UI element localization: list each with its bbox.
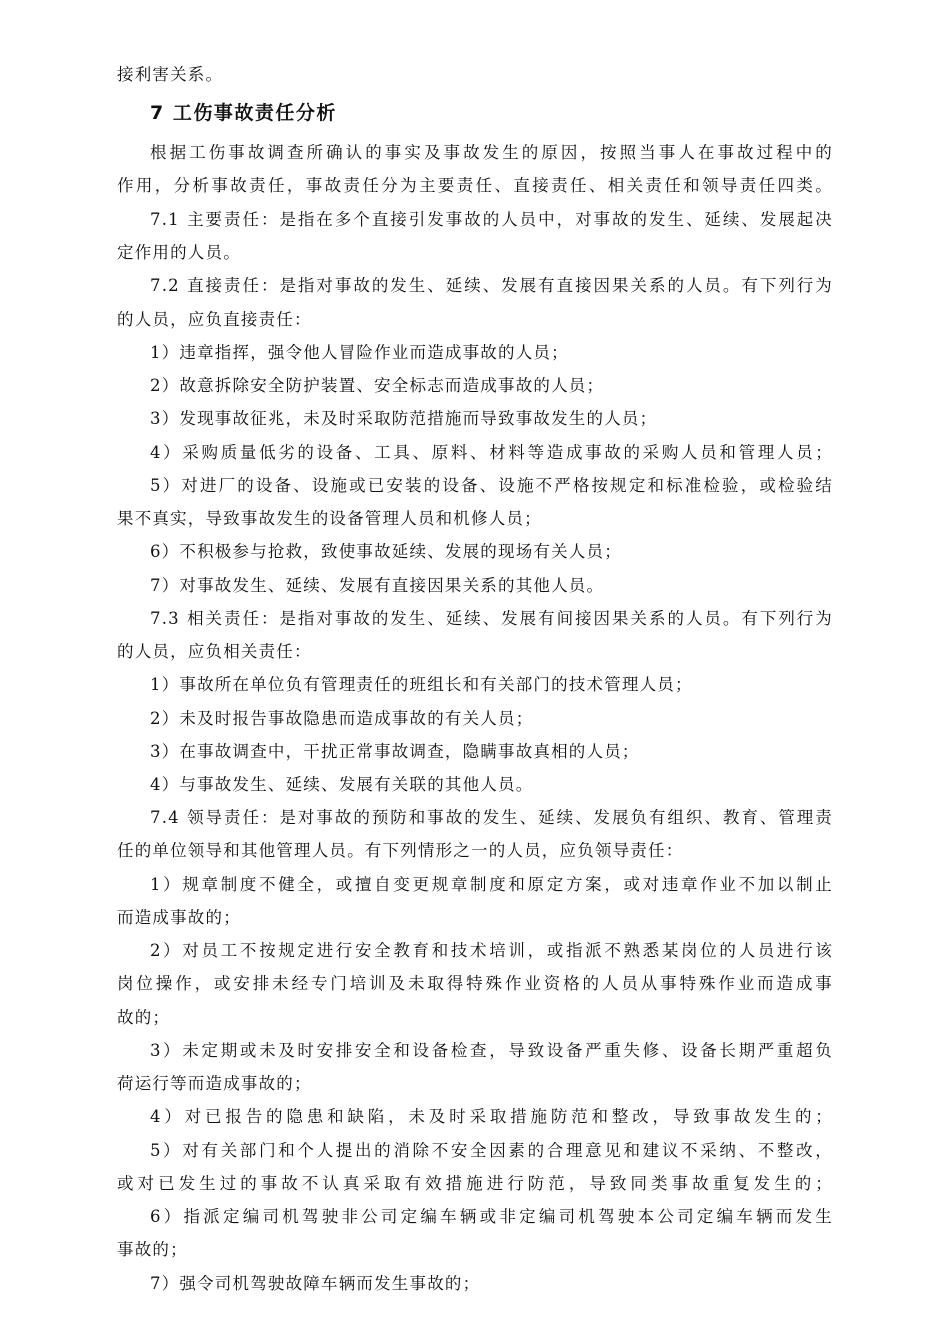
paragraph-line: 岗位操作，或安排未经专门培训及未取得特殊作业资格的人员从事特殊作业而造成事: [117, 973, 833, 995]
paragraph-line: 6）不积极参与抢救，致使事故延续、发展的现场有关人员；: [150, 541, 622, 563]
paragraph-line: 3）在事故调查中，干扰正常事故调查，隐瞒事故真相的人员；: [150, 741, 640, 763]
paragraph-line: 6）指派定编司机驾驶非公司定编车辆或非定编司机驾驶本公司定编车辆而发生: [150, 1206, 833, 1228]
paragraph-line: 或对已发生过的事故不认真采取有效措施进行防范，导致同类事故重复发生的；: [117, 1173, 833, 1195]
paragraph-line: 3）发现事故征兆，未及时采取防范措施而导致事故发生的人员；: [150, 408, 657, 430]
paragraph-line: 任的单位领导和其他管理人员。有下列情形之一的人员，应负领导责任：: [117, 840, 683, 862]
paragraph-line: 而造成事故的；: [117, 907, 241, 929]
paragraph-line: 4）对已报告的隐患和缺陷，未及时采取措施防范和整改，导致事故发生的；: [150, 1106, 833, 1128]
paragraph-line: 5）对有关部门和个人提出的消除不安全因素的合理意见和建议不采纳、不整改，: [150, 1140, 833, 1162]
paragraph-line: 2）故意拆除安全防护装置、安全标志而造成事故的人员；: [150, 375, 604, 397]
paragraph-line: 2）对员工不按规定进行安全教育和技术培训，或指派不熟悉某岗位的人员进行该: [150, 940, 833, 962]
paragraph-line: 7）强令司机驾驶故障车辆而发生事故的；: [150, 1273, 480, 1295]
paragraph-line: 4）采购质量低劣的设备、工具、原料、材料等造成事故的采购人员和管理人员；: [150, 442, 833, 464]
paragraph-line: 1）违章指挥，强令他人冒险作业而造成事故的人员；: [150, 342, 569, 364]
section-heading: 7 工伤事故责任分析: [150, 102, 337, 124]
paragraph-line: 7.1 主要责任：是指在多个直接引发事故的人员中，对事故的发生、延续、发展起决: [150, 209, 833, 231]
paragraph-line: 7.2 直接责任：是指对事故的发生、延续、发展有直接因果关系的人员。有下列行为: [150, 275, 833, 297]
paragraph-line: 1）事故所在单位负有管理责任的班组长和有关部门的技术管理人员；: [150, 674, 693, 696]
paragraph-line: 7.4 领导责任：是对事故的预防和事故的发生、延续、发展负有组织、教育、管理责: [150, 807, 833, 829]
paragraph-line: 作用，分析事故责任，事故责任分为主要责任、直接责任、相关责任和领导责任四类。: [117, 175, 833, 197]
paragraph-line: 2）未及时报告事故隐患而造成事故的有关人员；: [150, 708, 533, 730]
paragraph-line: 事故的；: [117, 1239, 188, 1261]
paragraph-line: 接利害关系。: [117, 64, 223, 86]
paragraph-line: 1）规章制度不健全，或擅自变更规章制度和原定方案，或对违章作业不加以制止: [150, 874, 833, 896]
paragraph-line: 荷运行等而造成事故的；: [117, 1073, 312, 1095]
paragraph-line: 4）与事故发生、延续、发展有关联的其他人员。: [150, 774, 533, 796]
paragraph-line: 故的；: [117, 1007, 170, 1029]
paragraph-line: 果不真实，导致事故发生的设备管理人员和机修人员；: [117, 508, 542, 530]
paragraph-line: 根据工伤事故调查所确认的事实及事故发生的原因，按照当事人在事故过程中的: [150, 142, 833, 164]
paragraph-line: 定作用的人员。: [117, 242, 241, 264]
paragraph-line: 5）对进厂的设备、设施或已安装的设备、设施不严格按规定和标准检验，或检验结: [150, 475, 833, 497]
paragraph-line: 3）未定期或未及时安排安全和设备检查，导致设备严重失修、设备长期严重超负: [150, 1040, 833, 1062]
paragraph-line: 7.3 相关责任：是指对事故的发生、延续、发展有间接因果关系的人员。有下列行为: [150, 608, 833, 630]
paragraph-line: 7）对事故发生、延续、发展有直接因果关系的其他人员。: [150, 575, 604, 597]
paragraph-line: 的人员，应负相关责任：: [117, 641, 312, 663]
paragraph-line: 的人员，应负直接责任：: [117, 309, 312, 331]
